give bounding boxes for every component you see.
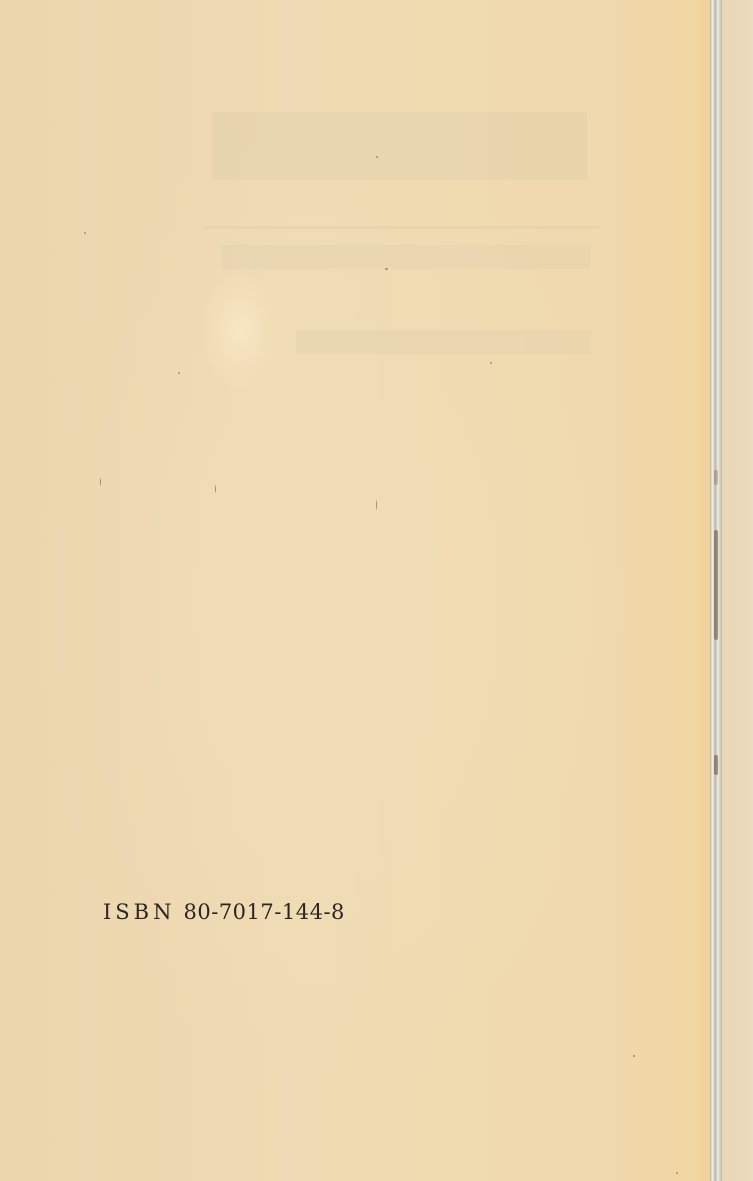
paper-speck [376, 156, 378, 158]
show-through-rule [205, 226, 600, 229]
spine-shadow [714, 470, 718, 485]
show-through-publisher [296, 330, 591, 354]
paper-speck [376, 500, 377, 510]
paper-speck [385, 268, 388, 270]
isbn-prefix: ISBN [103, 900, 176, 924]
paper-speck [100, 478, 101, 486]
show-through-title [212, 112, 587, 180]
paper-speck [178, 372, 180, 374]
paper-speck [633, 1055, 635, 1057]
paper-speck [490, 362, 492, 364]
page-right-margin [700, 0, 753, 1181]
isbn-number: 80-7017-144-8 [184, 900, 345, 924]
book-page: ISBN80-7017-144-8 [0, 0, 753, 1181]
spine-shadow [714, 530, 718, 640]
paper-speck [84, 232, 86, 234]
spine-shadow [714, 755, 718, 775]
paper-speck [676, 1172, 678, 1174]
isbn-line: ISBN80-7017-144-8 [103, 900, 345, 924]
paper-speck [215, 485, 216, 493]
show-through-subtitle [222, 245, 590, 269]
